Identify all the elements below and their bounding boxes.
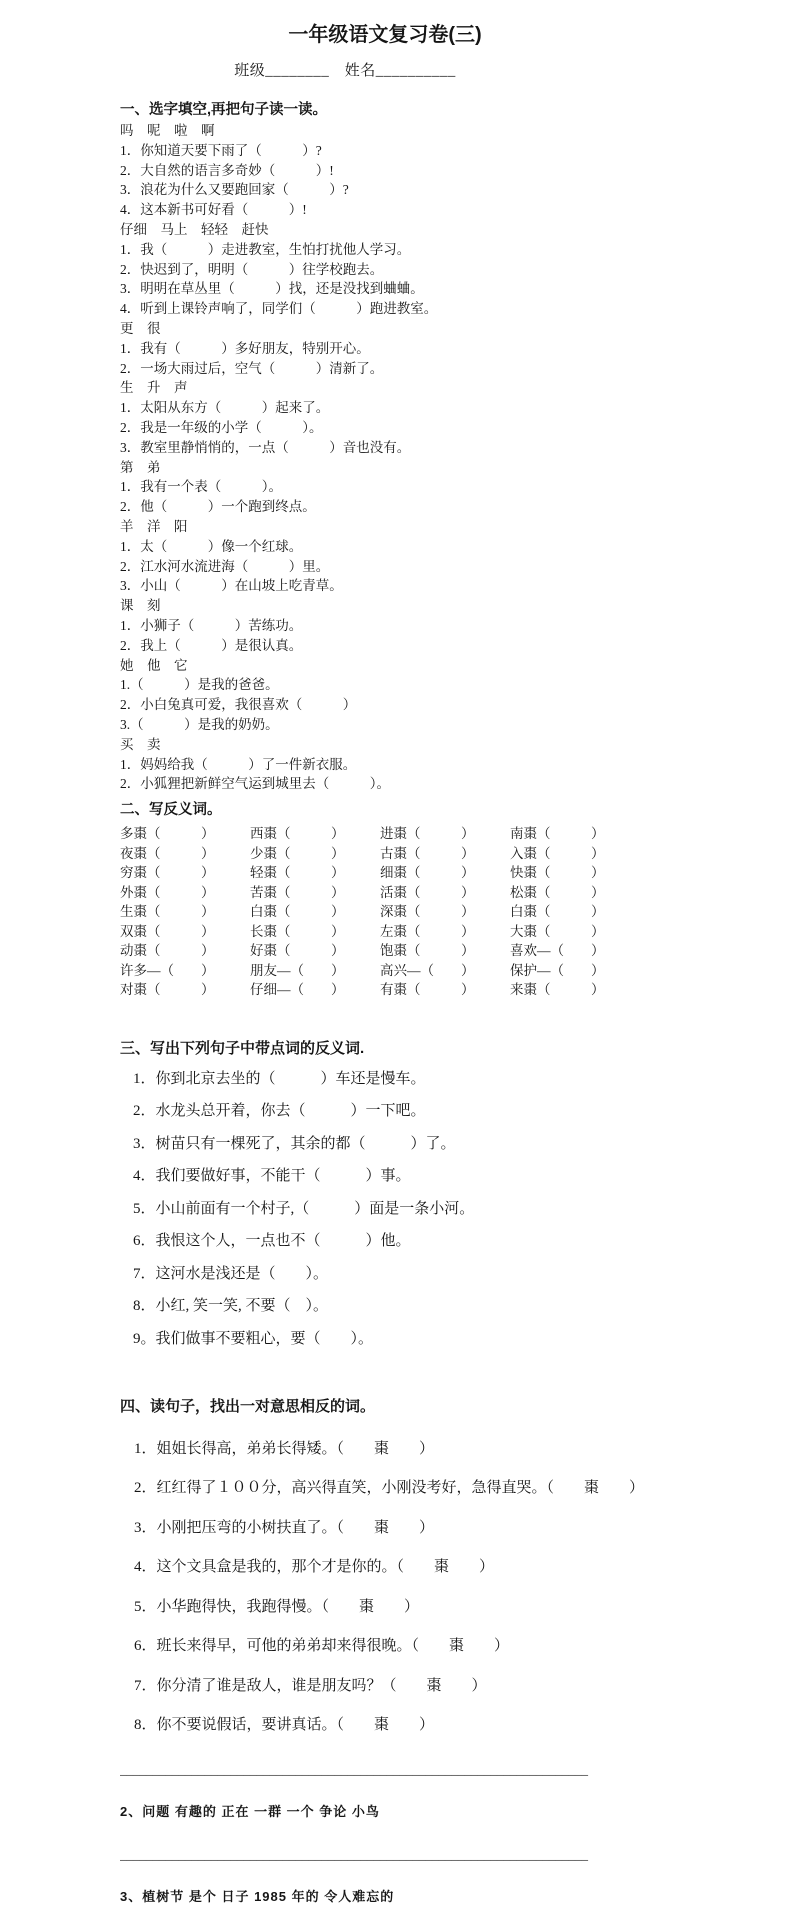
fill-blank-item: 1．妈妈给我（ ）了一件新衣服。 [120, 755, 740, 775]
answer-line: ________________________________________… [120, 1763, 660, 1777]
antonym-cell: 古棗（ ） [380, 844, 510, 864]
fill-blank-item: 2．大自然的语言多奇妙（ ）! [120, 161, 740, 181]
word-choices-line: 吗 呢 啦 啊 [120, 121, 740, 141]
antonym-cell: 穷棗（ ） [120, 863, 250, 883]
antonym-cell: 夜棗（ ） [120, 844, 250, 864]
antonym-sentence-item: 9。我们做事不要粗心，要（ ）。 [133, 1331, 740, 1348]
antonym-sentence-item: 5．小山前面有一个村子,（ ）面是一条小河。 [133, 1201, 740, 1218]
antonym-cell: 少棗（ ） [250, 844, 380, 864]
antonym-cell: 许多—（ ） [120, 961, 250, 981]
word-choices-line: 她 他 它 [120, 656, 740, 676]
section2-heading: 二、写反义词。 [120, 800, 740, 821]
antonym-row: 对棗（ ） 仔细—（ ） 有棗（ ） 来棗（ ） [120, 980, 640, 1000]
antonym-cell: 朋友—（ ） [250, 961, 380, 981]
fill-blank-item: 4．这本新书可好看（ ）! [120, 200, 740, 220]
antonym-cell: 白棗（ ） [510, 902, 640, 922]
antonym-row: 多棗（ ） 西棗（ ） 进棗（ ） 南棗（ ） [120, 824, 640, 844]
opposite-pair-item: 6．班长来得早，可他的弟弟却来得很晚。（ 棗 ） [134, 1638, 740, 1656]
antonym-cell: 进棗（ ） [380, 824, 510, 844]
fill-blank-item: 3．浪花为什么又要跑回家（ ）? [120, 180, 740, 200]
antonym-row: 动棗（ ） 好棗（ ） 饱棗（ ） 喜欢—（ ） [120, 941, 640, 961]
antonym-cell: 入棗（ ） [510, 844, 640, 864]
word-choices-line: 第 弟 [120, 458, 740, 478]
antonym-cell: 左棗（ ） [380, 922, 510, 942]
antonym-cell: 南棗（ ） [510, 824, 640, 844]
fill-blank-item: 3．教室里静悄悄的，一点（ ）音也没有。 [120, 438, 740, 458]
antonym-cell: 有棗（ ） [380, 980, 510, 1000]
fill-blank-item: 2．我上（ ）是很认真。 [120, 636, 740, 656]
fill-blank-item: 1．太（ ）像一个红球。 [120, 537, 740, 557]
word-choices-line: 买 卖 [120, 735, 740, 755]
antonym-cell: 深棗（ ） [380, 902, 510, 922]
fill-blank-item: 1．太阳从东方（ ）起来了。 [120, 398, 740, 418]
antonym-row: 许多—（ ） 朋友—（ ） 高兴—（ ） 保护—（ ） [120, 961, 640, 981]
antonym-row: 夜棗（ ） 少棗（ ） 古棗（ ） 入棗（ ） [120, 844, 640, 864]
antonym-row: 外棗（ ） 苦棗（ ） 活棗（ ） 松棗（ ） [120, 883, 640, 903]
antonym-cell: 白棗（ ） [250, 902, 380, 922]
antonym-cell: 西棗（ ） [250, 824, 380, 844]
antonym-cell: 外棗（ ） [120, 883, 250, 903]
fill-blank-item: 2．快迟到了，明明（ ）往学校跑去。 [120, 260, 740, 280]
word-rearrange-item: 3、植树节 是个 日子 1985 年的 令人难忘的 [120, 1886, 740, 1905]
fill-blank-item: 3．小山（ ）在山坡上吃青草。 [120, 576, 740, 596]
answer-line: ________________________________________… [120, 1848, 660, 1862]
word-choices-line: 羊 洋 阳 [120, 517, 740, 537]
antonym-cell: 快棗（ ） [510, 863, 640, 883]
opposite-pair-item: 4．这个文具盒是我的，那个才是你的。（ 棗 ） [134, 1559, 740, 1577]
word-choices-line: 更 很 [120, 319, 740, 339]
antonym-cell: 饱棗（ ） [380, 941, 510, 961]
fill-blank-item: 1．我有一个表（ ）。 [120, 477, 740, 497]
antonym-cell: 喜欢—（ ） [510, 941, 640, 961]
fill-blank-item: 3.（ ）是我的奶奶。 [120, 715, 740, 735]
antonym-cell: 长棗（ ） [250, 922, 380, 942]
antonym-cell: 仔细—（ ） [250, 980, 380, 1000]
section3-heading: 三、写出下列句子中带点词的反义词. [120, 1038, 740, 1059]
worksheet-body: 一、选字填空,再把句子读一读。 吗 呢 啦 啊 1．你知道天要下雨了（ ）? 2… [120, 100, 740, 1905]
fill-blank-item: 3．明明在草丛里（ ）找，还是没找到蛐蛐。 [120, 279, 740, 299]
antonym-cell: 好棗（ ） [250, 941, 380, 961]
fill-blank-item: 1．小狮子（ ）苦练功。 [120, 616, 740, 636]
word-rearrange-item: 2、问题 有趣的 正在 一群 一个 争论 小鸟 [120, 1801, 740, 1820]
fill-blank-item: 2．小白兔真可爱，我很喜欢（ ） [120, 695, 740, 715]
fill-blank-item: 2．一场大雨过后，空气（ ）清新了。 [120, 359, 740, 379]
fill-blank-item: 2．小狐狸把新鲜空气运到城里去（ ）。 [120, 774, 740, 794]
antonym-sentence-item: 3．树苗只有一棵死了，其余的都（ ）了。 [133, 1136, 740, 1153]
opposite-pair-item: 7．你分清了谁是敌人，谁是朋友吗？（ 棗 ） [134, 1678, 740, 1696]
antonym-sentence-item: 2．水龙头总开着，你去（ ）一下吧。 [133, 1103, 740, 1120]
section1-heading: 一、选字填空,再把句子读一读。 [120, 100, 740, 121]
antonym-cell: 松棗（ ） [510, 883, 640, 903]
class-name-fill-line: 班级________ 姓名__________ [0, 59, 690, 80]
word-choices-line: 课 刻 [120, 596, 740, 616]
section3-item-list: 1．你到北京去坐的（ ）车还是慢车。 2．水龙头总开着，你去（ ）一下吧。 3．… [133, 1071, 740, 1348]
antonym-cell: 活棗（ ） [380, 883, 510, 903]
word-choices-line: 生 升 声 [120, 378, 740, 398]
antonym-cell: 轻棗（ ） [250, 863, 380, 883]
antonym-cell: 苦棗（ ） [250, 883, 380, 903]
fill-blank-item: 2．他（ ）一个跑到终点。 [120, 497, 740, 517]
section1-fill-blank-list: 吗 呢 啦 啊 1．你知道天要下雨了（ ）? 2．大自然的语言多奇妙（ ）! 3… [120, 121, 740, 794]
antonym-row: 生棗（ ） 白棗（ ） 深棗（ ） 白棗（ ） [120, 902, 640, 922]
antonym-cell: 大棗（ ） [510, 922, 640, 942]
fill-blank-item: 1．你知道天要下雨了（ ）? [120, 141, 740, 161]
antonym-sentence-item: 4．我们要做好事，不能干（ ）事。 [133, 1168, 740, 1185]
antonym-cell: 细棗（ ） [380, 863, 510, 883]
antonym-cell: 生棗（ ） [120, 902, 250, 922]
antonym-cell: 高兴—（ ） [380, 961, 510, 981]
word-choices-line: 仔细 马上 轻轻 赶快 [120, 220, 740, 240]
antonym-cell: 动棗（ ） [120, 941, 250, 961]
fill-blank-item: 1.（ ）是我的爸爸。 [120, 675, 740, 695]
antonym-sentence-item: 7．这河水是浅还是（ ）。 [133, 1266, 740, 1283]
antonym-cell: 多棗（ ） [120, 824, 250, 844]
antonyms-table: 多棗（ ） 西棗（ ） 进棗（ ） 南棗（ ） 夜棗（ ） 少棗（ ） 古棗（ … [120, 824, 640, 1000]
antonym-sentence-item: 8．小红, 笑一笑, 不要（ ）。 [133, 1298, 740, 1315]
opposite-pair-item: 1．姐姐长得高，弟弟长得矮。（ 棗 ） [134, 1441, 740, 1459]
opposite-pair-item: 5．小华跑得快，我跑得慢。（ 棗 ） [134, 1599, 740, 1617]
worksheet-title: 一年级语文复习卷(三) [0, 0, 770, 47]
antonym-cell: 保护—（ ） [510, 961, 640, 981]
fill-blank-item: 1．我（ ）走进教室，生怕打扰他人学习。 [120, 240, 740, 260]
opposite-pair-item: 8．你不要说假话，要讲真话。（ 棗 ） [134, 1717, 740, 1735]
antonym-sentence-item: 1．你到北京去坐的（ ）车还是慢车。 [133, 1071, 740, 1088]
antonym-cell: 来棗（ ） [510, 980, 640, 1000]
antonym-cell: 双棗（ ） [120, 922, 250, 942]
antonym-sentence-item: 6．我恨这个人，一点也不（ ）他。 [133, 1233, 740, 1250]
fill-blank-item: 2．江水河水流进海（ ）里。 [120, 557, 740, 577]
fill-blank-item: 1．我有（ ）多好朋友，特别开心。 [120, 339, 740, 359]
fill-blank-item: 2．我是一年级的小学（ ）。 [120, 418, 740, 438]
antonym-row: 双棗（ ） 长棗（ ） 左棗（ ） 大棗（ ） [120, 922, 640, 942]
fill-blank-item: 4．听到上课铃声响了，同学们（ ）跑进教室。 [120, 299, 740, 319]
opposite-pair-item: 3．小刚把压弯的小树扶直了。（ 棗 ） [134, 1520, 740, 1538]
section4-item-list: 1．姐姐长得高，弟弟长得矮。（ 棗 ） 2．红红得了１００分，高兴得直笑，小刚没… [134, 1441, 740, 1735]
section4-heading: 四、读句子，找出一对意思相反的词。 [120, 1396, 740, 1417]
antonym-cell: 对棗（ ） [120, 980, 250, 1000]
antonym-row: 穷棗（ ） 轻棗（ ） 细棗（ ） 快棗（ ） [120, 863, 640, 883]
opposite-pair-item: 2．红红得了１００分，高兴得直笑，小刚没考好，急得直哭。（ 棗 ） [134, 1480, 740, 1498]
